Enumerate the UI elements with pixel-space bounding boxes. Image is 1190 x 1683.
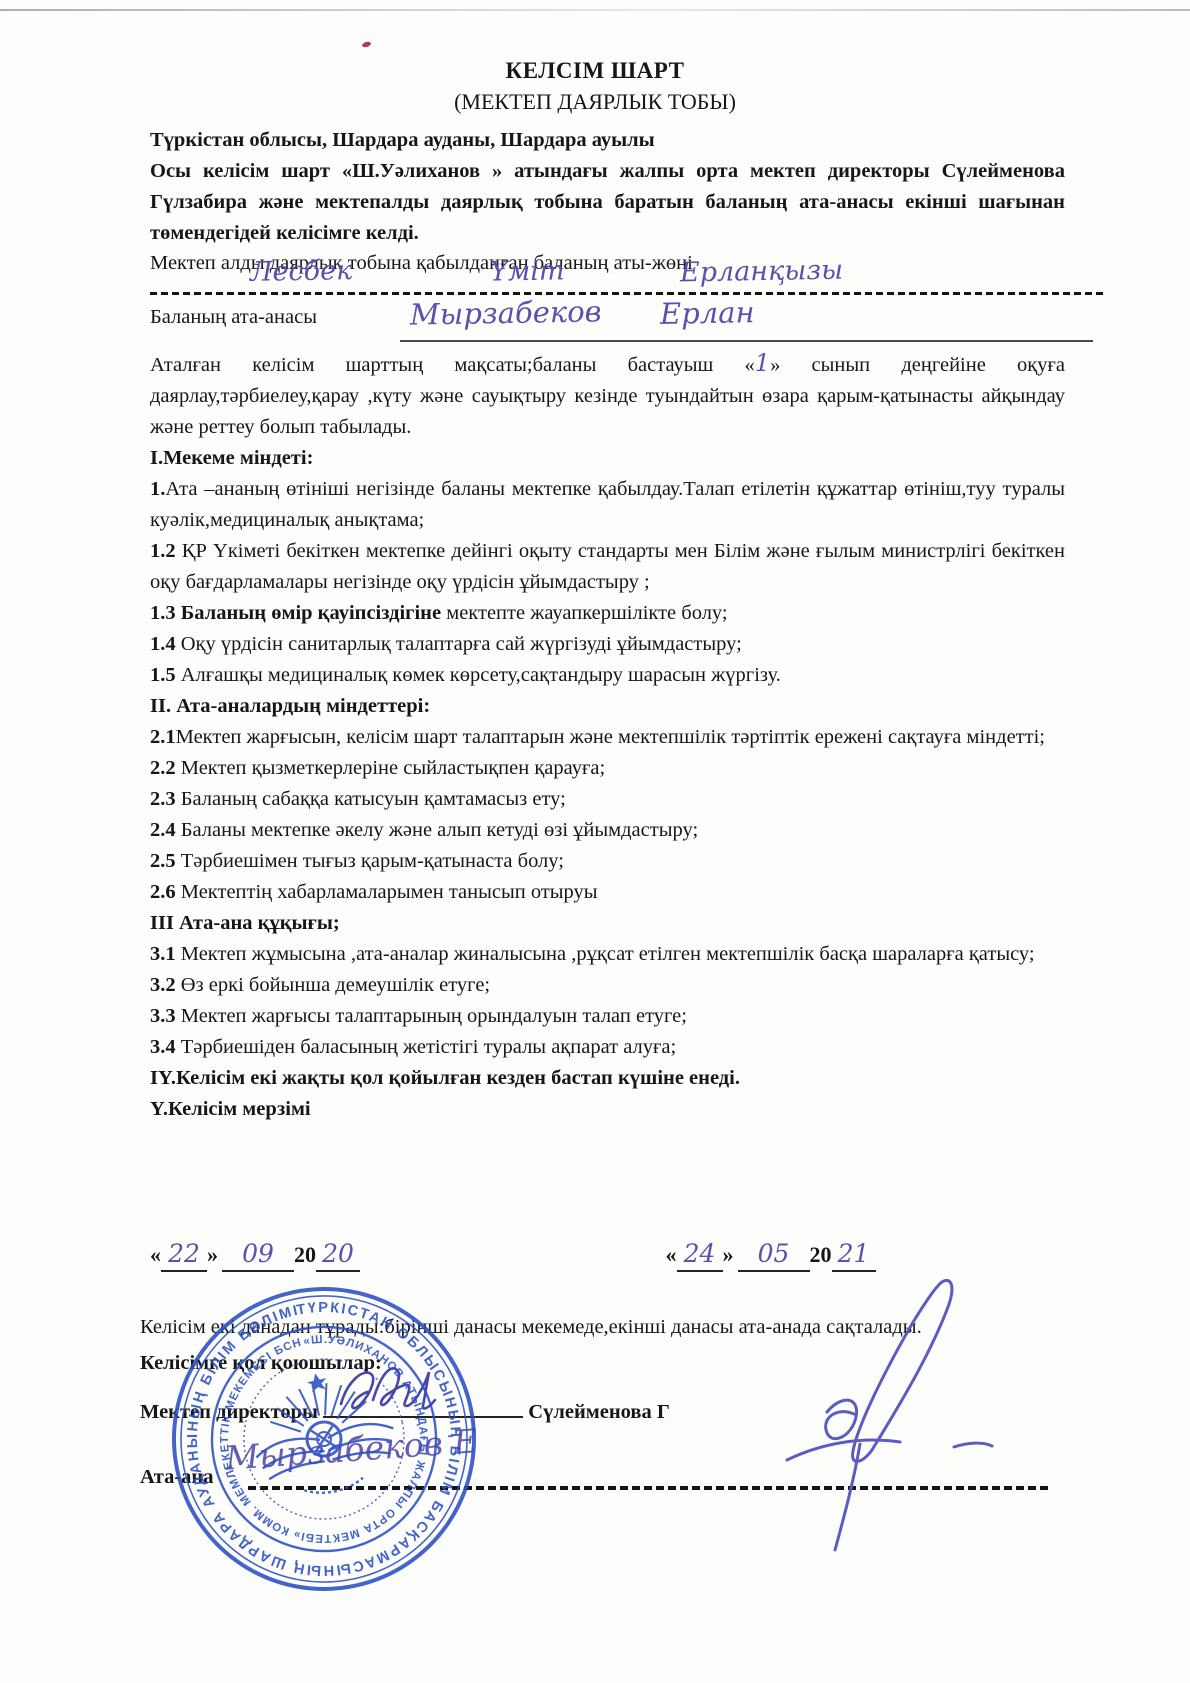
intro-location: Түркістан облысы, Шардара ауданы, Шардар… (150, 125, 1065, 156)
start-day-handwritten: 22 (168, 1239, 200, 1268)
parent-name-label: Баланың ата-анасы (150, 306, 317, 328)
parent-name-row: Баланың ата-анасы Мырзабеков Ерлан (150, 302, 1065, 348)
section-heading-4: IY.Келісім екі жақты қол қойылған кезден… (150, 1063, 1065, 1094)
clause-2-4: 2.4 Баланы мектепке әкелу және алып кету… (150, 815, 1065, 846)
scan-edge-artifact (0, 9, 1190, 11)
intro-agreement: Осы келісім шарт «Ш.Уәлиханов » атындағы… (150, 156, 1065, 249)
school-stamp: ТҮРКІСТАН ОБЛЫСЫНЫҢ БІЛІМ БАСҚАРМАСЫНЫҢ … (139, 1254, 509, 1624)
clause-3-4: 3.4 Тәрбиешіден баласының жетістігі тура… (150, 1032, 1065, 1063)
child-first-name-handwritten: Лесбек (250, 255, 353, 288)
clause-1: 1.Ата –ананың өтініші негізінде баланы м… (150, 474, 1065, 536)
clause-2-6: 2.6 Мектептің хабарламаларымен танысып о… (150, 877, 1065, 908)
section-heading-1: I.Мекеме міндеті: (150, 443, 1065, 474)
clause-2-5: 2.5 Тәрбиешімен тығыз қарым-қатынаста бо… (150, 846, 1065, 877)
fill-line (400, 340, 1093, 342)
stamp-emblem (242, 1360, 404, 1506)
clause-1-4: 1.4 Оқу үрдісін санитарлық талаптарға са… (150, 629, 1065, 660)
end-day-handwritten: 24 (684, 1239, 716, 1268)
section-heading-3: III Ата-ана құқығы; (150, 908, 1065, 939)
clause-3-1: 3.1 Мектеп жұмысына ,ата-аналар жиналысы… (150, 939, 1065, 970)
document-title: КЕЛСІМ ШАРТ (0, 58, 1190, 84)
parent-flourish-signature (742, 1252, 1002, 1562)
director-name: Сүлейменова Г (528, 1401, 670, 1423)
clause-1-3: 1.3 Баланың өмір қауіпсіздігіне мектепте… (150, 598, 1065, 629)
start-year-printed: 20 (294, 1242, 316, 1267)
child-patronymic-handwritten: Ерланқызы (680, 255, 844, 289)
purpose-paragraph: Аталған келісім шарттың мақсаты;баланы б… (150, 348, 1065, 443)
parent-givenname-handwritten: Ерлан (660, 297, 755, 330)
contract-body: Аталған келісім шарттың мақсаты;баланы б… (150, 348, 1065, 1125)
clause-2-3: 2.3 Баланың сабаққа катысуын қамтамасыз … (150, 784, 1065, 815)
parent-surname-handwritten: Мырзабеков (410, 296, 602, 330)
grade-handwritten: 1 (755, 349, 770, 377)
clause-1-5: 1.5 Алғашқы медициналық көмек көрсету,са… (150, 660, 1065, 691)
child-middle-name-handwritten: Үміт (490, 255, 565, 287)
scanned-contract-page: КЕЛСІМ ШАРТ (МЕКТЕП ДАЯРЛЫК ТОБЫ) Түркіс… (0, 0, 1190, 1683)
red-ink-dot (361, 41, 371, 49)
purpose-text-before: Аталған келісім шарттың мақсаты;баланы б… (150, 354, 755, 376)
clause-2-1: 2.1Мектеп жарғысын, келісім шарт талапта… (150, 722, 1065, 753)
start-year-handwritten: 20 (322, 1239, 354, 1268)
date-start: «22»092020 (150, 1238, 360, 1272)
document-subtitle: (МЕКТЕП ДАЯРЛЫК ТОБЫ) (0, 89, 1190, 115)
clause-3-3: 3.3 Мектеп жарғысы талаптарының орындалу… (150, 1001, 1065, 1032)
start-month-handwritten: 09 (242, 1239, 274, 1268)
clause-1-2: 1.2 ҚР Үкіметі бекіткен мектепке дейінгі… (150, 536, 1065, 598)
section-heading-2: II. Ата-аналардың міндеттері: (150, 691, 1065, 722)
document-header: КЕЛСІМ ШАРТ (МЕКТЕП ДАЯРЛЫК ТОБЫ) (0, 58, 1190, 115)
clause-2-2: 2.2 Мектеп қызметкерлеріне сыйластықпен … (150, 753, 1065, 784)
dashed-fill-line (150, 292, 1103, 295)
section-heading-5: Y.Келісім мерзімі (150, 1094, 1065, 1125)
clause-3-2: 3.2 Өз еркі бойынша демеушілік етуге; (150, 970, 1065, 1001)
